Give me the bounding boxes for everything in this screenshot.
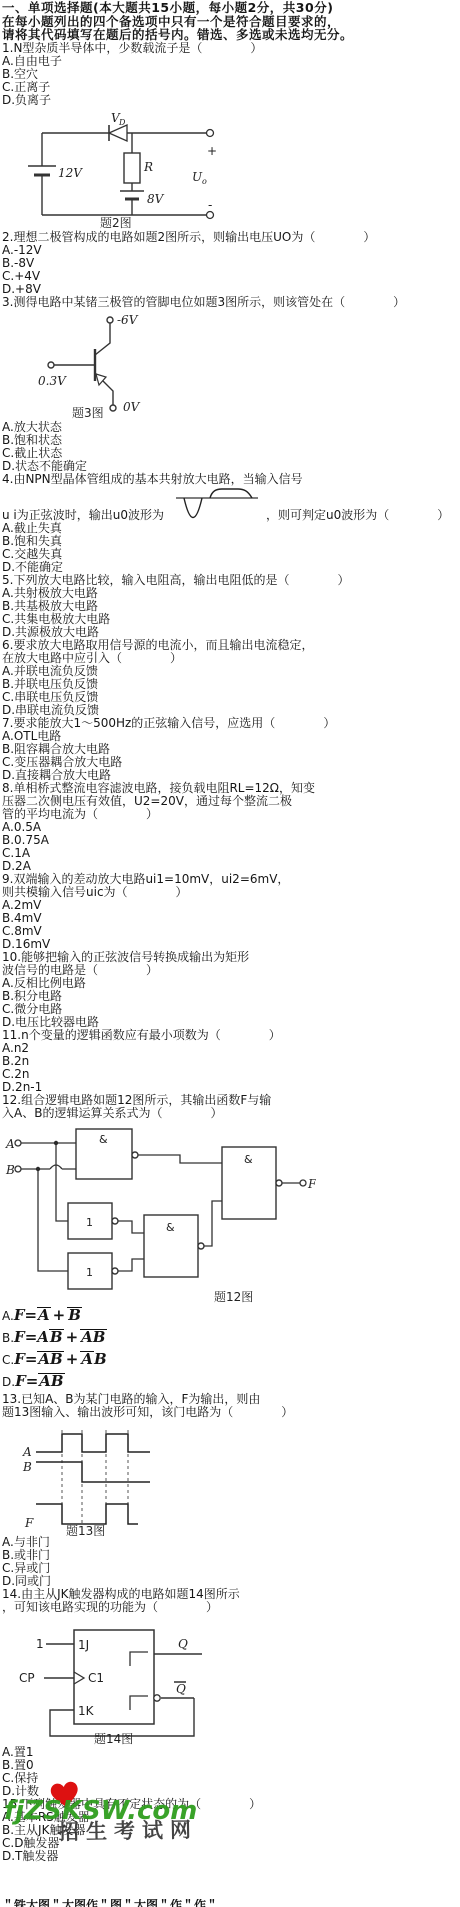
question-13-option-d: D.同或门 [2,1575,458,1588]
question-14-option-b: B.置0 [2,1759,458,1772]
option-c-label: C. [2,1353,14,1367]
question-4-option-c: C.交越失真 [2,548,458,561]
term-not-ab: AB [38,1373,64,1390]
f-equals: F= [15,1372,38,1390]
term-a: A [37,1328,49,1346]
label-trace-f: F [24,1516,34,1530]
question-4-text-line2a: u i为正弦波时，输出u0波形为 [2,509,164,522]
term-not-ab: AB [37,1351,63,1368]
junction-dots [36,1140,58,1170]
not-gate-1 [68,1203,118,1239]
question-5-option-d: D.共源极放大电路 [2,626,458,639]
nand3-symbol: & [244,1153,253,1166]
label-minus: - [208,198,212,212]
term-not-a: A [37,1307,51,1324]
question-11-option-c: C.2n [2,1068,458,1081]
question-12-option-c: C.F=AB+AB [2,1349,458,1371]
section-instructions-1: 在每小题列出的四个备选项中只有一个是符合题目要求的， [2,15,458,29]
plus-operator: + [66,1328,79,1346]
question-8-option-b: B.0.75A [2,834,458,847]
question-15-block: 15.下列触发器中具有不定状态的为（ ） A.基本RS触发器 B.主从JK触发器… [2,1798,458,1863]
question-5-option-b: B.共基极放大电路 [2,600,458,613]
figure-q14-jk-flipflop: 1 CP 1J C1 1K Q Q 题14图 [16,1618,251,1746]
question-2-option-c: C.+4V [2,270,458,283]
question-3-option-d: D.状态不能确定 [2,460,458,473]
question-10-option-c: C.微分电路 [2,1003,458,1016]
figure-q3-transistor: -6V 0.3V 0V 题3图 [32,311,202,419]
question-14-text-line1: 14.由主从JK触发器构成的电路如题14图所示 [2,1588,458,1601]
label-j-input-value: 1 [36,1637,44,1651]
plus-operator: + [66,1350,79,1368]
question-9-option-d: D.16mV [2,938,458,951]
distorted-waveform-icon [174,487,260,521]
question-4-option-d: D.不能确定 [2,561,458,574]
question-13-option-c: C.异或门 [2,1562,458,1575]
label-uo-sub: o [202,177,207,186]
question-12-text-line2: 入A、B的逻辑运算关系式为（ ） [2,1107,458,1120]
alignment-dashed-lines [62,1430,128,1526]
question-6-option-b: B.并联电压负反馈 [2,678,458,691]
question-12-option-b: B.F=AB+AB [2,1327,458,1349]
question-5-text: 5.下列放大电路比较，输入电阻高，输出电阻低的是（ ） [2,574,458,587]
label-qbar-output: Q [176,1682,186,1696]
term-not-b: B [49,1329,64,1346]
question-2-option-d: D.+8V [2,283,458,296]
question-10-text-line1: 10.能够把输入的正弦波信号转换成输出为矩形 [2,951,458,964]
question-10-option-a: A.反相比例电路 [2,977,458,990]
question-3-text: 3.测得电路中某锗三极管的管脚电位如题3图所示，则该管处在（ ） [2,296,458,309]
nand2-symbol: & [166,1221,175,1234]
waveform-b [36,1462,150,1482]
figure-caption-q14: 题14图 [94,1732,133,1746]
inverted-output-bubble [154,1694,160,1700]
question-13-text-line1: 13.已知A、B为某门电路的输入，F为输出，则由 [2,1393,458,1406]
question-4-option-a: A.截止失真 [2,522,458,535]
question-4-text-line2: u i为正弦波时，输出u0波形为 ，则可判定u0波形为（ ） [2,486,458,522]
question-9-text-line1: 9.双端输入的差动放大电路ui1=10mV，ui2=6mV， [2,873,458,886]
question-12-option-a: A.F=A+B [2,1305,458,1327]
question-14-option-a: A.置1 [2,1746,458,1759]
cutoff-text: ＂铁大图＂大图作＂图＂大图＂作＂作＂ [2,1899,218,1907]
option-b-label: B. [2,1331,14,1345]
option-d-label: D. [2,1375,15,1389]
question-7-text: 7.要求能放大1～500Hz的正弦输入信号，应选用（ ） [2,717,458,730]
question-5-option-c: C.共集电极放大电路 [2,613,458,626]
question-1-option-a: A.自由电子 [2,55,458,68]
term-b: B [94,1350,107,1368]
question-3-option-a: A.放大状态 [2,421,458,434]
question-4-text-line1: 4.由NPN型晶体管组成的基本共射放大电路，当输入信号 [2,473,458,486]
question-13-option-b: B.或非门 [2,1549,458,1562]
label-r: R [143,160,153,174]
question-4-option-b: B.饱和失真 [2,535,458,548]
question-8-option-d: D.2A [2,860,458,873]
figure-caption-q12: 题12图 [214,1290,253,1304]
diode-symbol [109,125,127,141]
question-8-option-a: A.0.5A [2,821,458,834]
not2-symbol: 1 [86,1266,93,1279]
term-not-a: A [80,1351,94,1368]
label-8v: 8V [147,192,165,206]
question-7-option-c: C.变压器耦合放大电路 [2,756,458,769]
f-equals: F= [14,1328,37,1346]
label-vd-sub: D [118,118,126,127]
figure-q13-waveforms: A B F 题13图 [18,1422,173,1536]
label-12v: 12V [58,166,83,180]
question-2-option-a: A.-12V [2,244,458,257]
term-not-ab: AB [80,1329,106,1346]
label-input-b: B [5,1163,15,1177]
resistor-symbol [124,153,140,183]
label-base-voltage: 0.3V [38,374,67,388]
question-11-option-a: A.n2 [2,1042,458,1055]
section-title: 一、单项选择题(本大题共15小题，每小题2分，共30分) [2,1,458,15]
question-7-option-d: D.直接耦合放大电路 [2,769,458,782]
question-15-option-d: D.T触发器 [2,1850,458,1863]
f-equals: F= [14,1350,37,1368]
section-instructions-2: 请将其代码填写在题后的括号内。错选、多选或未选均无分。 [2,28,458,42]
question-1-option-c: C.正离子 [2,81,458,94]
not-gate-2 [68,1253,118,1289]
label-emitter-voltage: 0V [123,400,141,414]
question-14-text-line2: ，可知该电路实现的功能为（ ） [2,1601,458,1614]
label-output-f: F [307,1177,316,1191]
waveform-f [36,1504,138,1524]
figure-q2-diode-circuit: V D 12V R 8V + U o - 题2图 [14,111,232,229]
question-11-option-d: D.2n-1 [2,1081,458,1094]
label-q-output: Q [178,1637,188,1651]
battery-8v-symbol [120,189,144,203]
term-not-b: B [67,1307,82,1324]
question-6-text-line2: 在放大电路中应引入（ ） [2,652,458,665]
f-equals: F= [14,1306,37,1324]
question-6-text-line1: 6.要求放大电路取用信号源的电流小，而且输出电流稳定， [2,639,458,652]
question-2-text: 2.理想二极管构成的电路如题2图所示，则输出电压UO为（ ） [2,231,458,244]
label-trace-b: B [22,1460,32,1474]
battery-12v-symbol [28,163,56,181]
question-10-option-d: D.电压比较器电路 [2,1016,458,1029]
question-3-option-c: C.截止状态 [2,447,458,460]
question-2-option-b: B.-8V [2,257,458,270]
watermark-stamp-text: 招生考试网 [58,1822,198,1837]
question-6-option-d: D.串联电流负反馈 [2,704,458,717]
question-7-option-a: A.OTL电路 [2,730,458,743]
question-4-text-line2b: ，则可判定u0波形为（ ） [266,509,449,522]
question-1-option-b: B.空穴 [2,68,458,81]
label-1j: 1J [78,1638,89,1652]
question-11-option-b: B.2n [2,1055,458,1068]
figure-caption-q2: 题2图 [100,216,132,229]
question-11-text: 11.n个变量的逻辑函数应有最小项数为（ ） [2,1029,458,1042]
question-13-option-a: A.与非门 [2,1536,458,1549]
question-10-option-b: B.积分电路 [2,990,458,1003]
not1-symbol: 1 [86,1216,93,1229]
option-a-label: A. [2,1309,14,1323]
plus-operator: + [53,1306,66,1324]
question-13-text-line2: 题13图输入、输出波形可知，该门电路为（ ） [2,1406,458,1419]
label-c1: C1 [88,1671,104,1685]
figure-q12-logic-circuit: A B & 1 1 & & F 题12图 [4,1123,316,1305]
question-3-option-b: B.饱和状态 [2,434,458,447]
watermark-site-text: fjZSKSW.com [4,1805,197,1818]
question-12-text-line1: 12.组合逻辑电路如题12图所示，其输出函数F与输 [2,1094,458,1107]
question-9-option-b: B.4mV [2,912,458,925]
question-8-text-line1: 8.单相桥式整流电容滤波电路，接负载电阻RL=12Ω，知变 [2,782,458,795]
question-7-option-b: B.阻容耦合放大电路 [2,743,458,756]
figure-caption-q3: 题3图 [72,406,104,419]
question-8-option-c: C.1A [2,847,458,860]
label-1k: 1K [78,1704,95,1718]
question-8-text-line3: 管的平均电流为（ ） [2,808,458,821]
question-8-text-line2: 压器二次侧电压有效值，U2=20V，通过每个整流二极 [2,795,458,808]
question-1-text: 1.N型杂质半导体中，少数载流子是（ ） [2,42,458,55]
label-input-a: A [5,1137,15,1151]
label-collector-voltage: -6V [117,313,139,327]
label-trace-a: A [22,1445,32,1459]
transistor-symbol [48,317,116,411]
question-10-text-line2: 波信号的电路是（ ） [2,964,458,977]
question-12-option-d: D.F=AB [2,1371,458,1393]
exam-page: { "header": { "l1": "一、单项选择题(本大题共15小题，每小… [0,0,460,1907]
question-1-option-d: D.负离子 [2,94,458,107]
nand1-symbol: & [99,1133,108,1146]
question-6-option-c: C.串联电压负反馈 [2,691,458,704]
waveform-a [36,1434,150,1452]
question-9-text-line2: 则共模输入信号uic为（ ） [2,886,458,899]
label-cp: CP [19,1671,35,1685]
question-5-option-a: A.共射极放大电路 [2,587,458,600]
question-9-option-c: C.8mV [2,925,458,938]
question-9-option-a: A.2mV [2,899,458,912]
figure-caption-q13: 题13图 [66,1524,105,1536]
label-plus: + [207,144,217,158]
question-6-option-a: A.并联电流负反馈 [2,665,458,678]
